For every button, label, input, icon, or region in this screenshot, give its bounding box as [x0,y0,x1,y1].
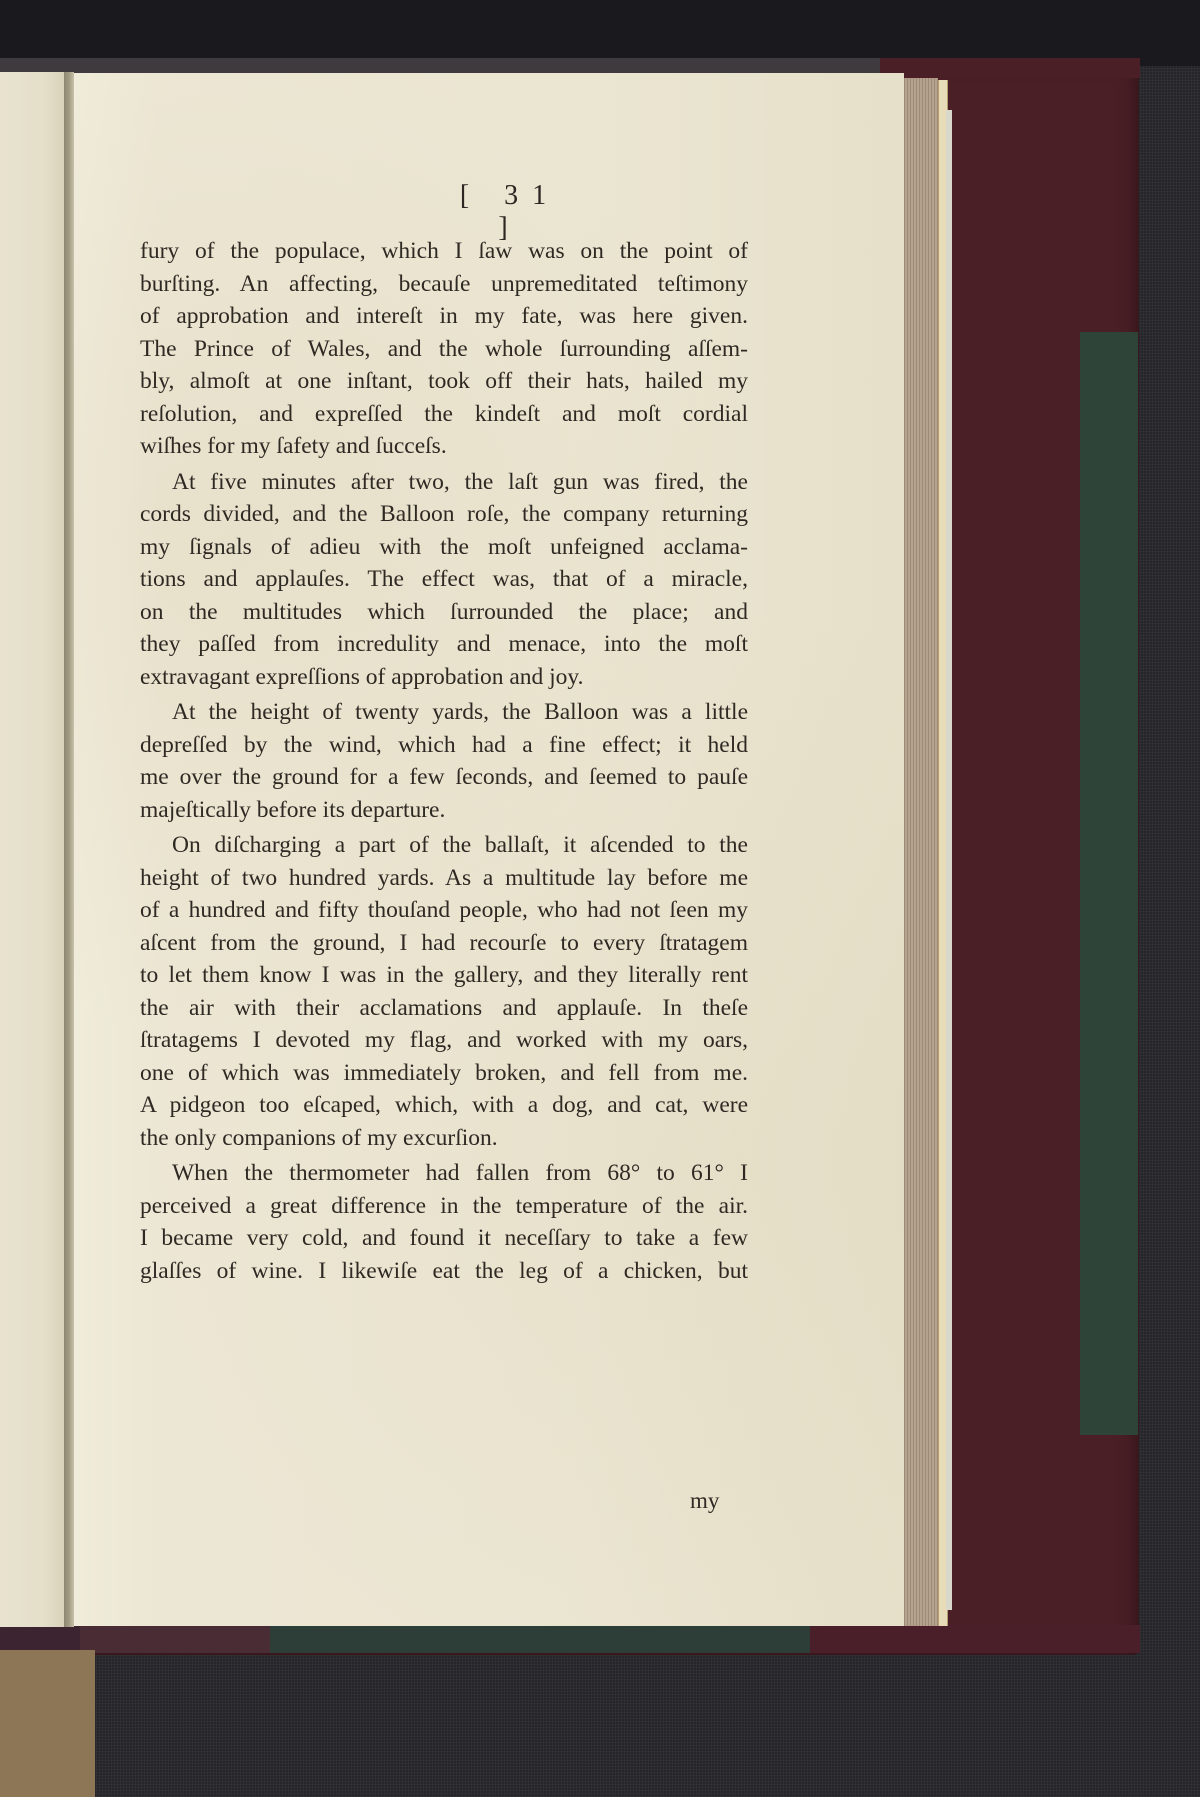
text-line: they paſſed from incredulity and menace,… [140,628,748,661]
text-line: perceived a great difference in the temp… [140,1190,748,1223]
text-line: me over the ground for a few ſeconds, an… [140,761,748,794]
text-line: of approbation and intereſt in my fate, … [140,300,748,333]
cover-bottom-strip [0,1625,80,1653]
text-line: At the height of twenty yards, the Ballo… [140,696,748,729]
backdrop [0,0,1200,66]
text-line: bly, almoſt at one inſtant, took off the… [140,365,748,398]
text-line: majeſtically before its departure. [140,794,748,827]
page-fore-edge [904,78,938,1626]
left-page [0,72,64,1627]
text-line: extravagant expreſſions of approbation a… [140,661,748,694]
text-line: The Prince of Wales, and the whole ſurro… [140,333,748,366]
text-line: A pidgeon too eſcaped, which, with a dog… [140,1089,748,1122]
cover-bottom-strip [80,1625,270,1653]
text-line: cords divided, and the Balloon roſe, the… [140,498,748,531]
text-line: depreſſed by the wind, which had a fine … [140,729,748,762]
catchword: my [690,1488,719,1514]
text-line: I became very cold, and found it neceſſa… [140,1222,748,1255]
text-line: reſolution, and expreſſed the kindeſt an… [140,398,748,431]
text-line: On diſcharging a part of the ballaſt, it… [140,829,748,862]
text-line: When the thermometer had fallen from 68°… [140,1157,748,1190]
text-line: fury of the populace, which I ſaw was on… [140,235,748,268]
text-line: At five minutes after two, the laſt gun … [140,466,748,499]
text-line: the air with their acclamations and appl… [140,992,748,1025]
text-line: the only companions of my excurſion. [140,1122,748,1155]
text-line: one of which was immediately broken, and… [140,1057,748,1090]
left-board-edge [0,1650,95,1797]
text-line: tions and applauſes. The effect was, tha… [140,563,748,596]
text-line: aſcent from the ground, I had recourſe t… [140,927,748,960]
body-text: fury of the populace, which I ſaw was on… [140,235,748,1287]
text-line: glaſſes of wine. I likewiſe eat the leg … [140,1255,748,1288]
cover-bottom-strip-green [270,1625,810,1653]
text-line: wiſhes for my ſafety and ſucceſs. [140,430,748,463]
cover-bottom-strip [810,1625,1140,1653]
text-line: height of two hundred yards. As a multit… [140,862,748,895]
page-fore-edge-pale [946,110,952,1610]
text-line: ſtratagems I devoted my flag, and worked… [140,1024,748,1057]
text-line: my ſignals of adieu with the moſt unfeig… [140,531,748,564]
text-line: on the multitudes which ſurrounded the p… [140,596,748,629]
text-line: of a hundred and fifty thouſand people, … [140,894,748,927]
cover-top-edge-maroon [880,58,1140,78]
cover-green-band [1080,332,1138,1435]
text-line: to let them know I was in the gallery, a… [140,959,748,992]
gutter [64,72,74,1627]
text-line: burſting. An affecting, becauſe unpremed… [140,268,748,301]
